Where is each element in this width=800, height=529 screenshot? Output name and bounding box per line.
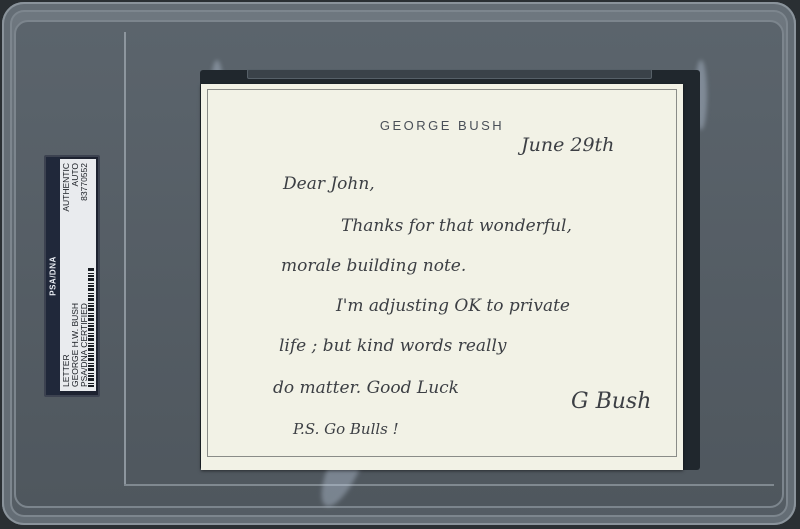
bottom-rail [124,484,774,486]
label-info-panel: LETTER GEORGE H.W. BUSH PSA/DNA CERTIFIE… [60,159,96,391]
brand-text: PSA/DNA [49,256,58,296]
body-line: morale building note. [281,256,466,276]
label-left-column: LETTER GEORGE H.W. BUSH PSA/DNA CERTIFIE… [62,303,89,387]
sleeve-top-edge [247,69,652,79]
body-line: Thanks for that wonderful, [341,216,572,236]
label-right-column: AUTHENTIC AUTO 83770552 [62,163,89,212]
postscript: P.S. Go Bulls ! [293,420,399,438]
letter-card: GEORGE BUSH June 29th Dear John, Thanks … [201,84,683,470]
signature: G Bush [571,389,651,414]
authentication-label: PSA/DNA LETTER GEORGE H.W. BUSH PSA/DNA … [44,155,100,397]
label-brand-stripe: PSA/DNA [46,157,60,395]
letterhead: GEORGE BUSH [201,118,683,133]
body-line: I'm adjusting OK to private [336,296,570,316]
date-line: June 29th [521,134,614,156]
barcode [88,267,94,387]
body-line: life ; but kind words really [279,336,507,356]
cert-number: 83770552 [80,163,89,212]
salutation: Dear John, [283,174,375,194]
body-line: do matter. Good Luck [273,378,459,398]
label-well-divider [124,32,126,484]
